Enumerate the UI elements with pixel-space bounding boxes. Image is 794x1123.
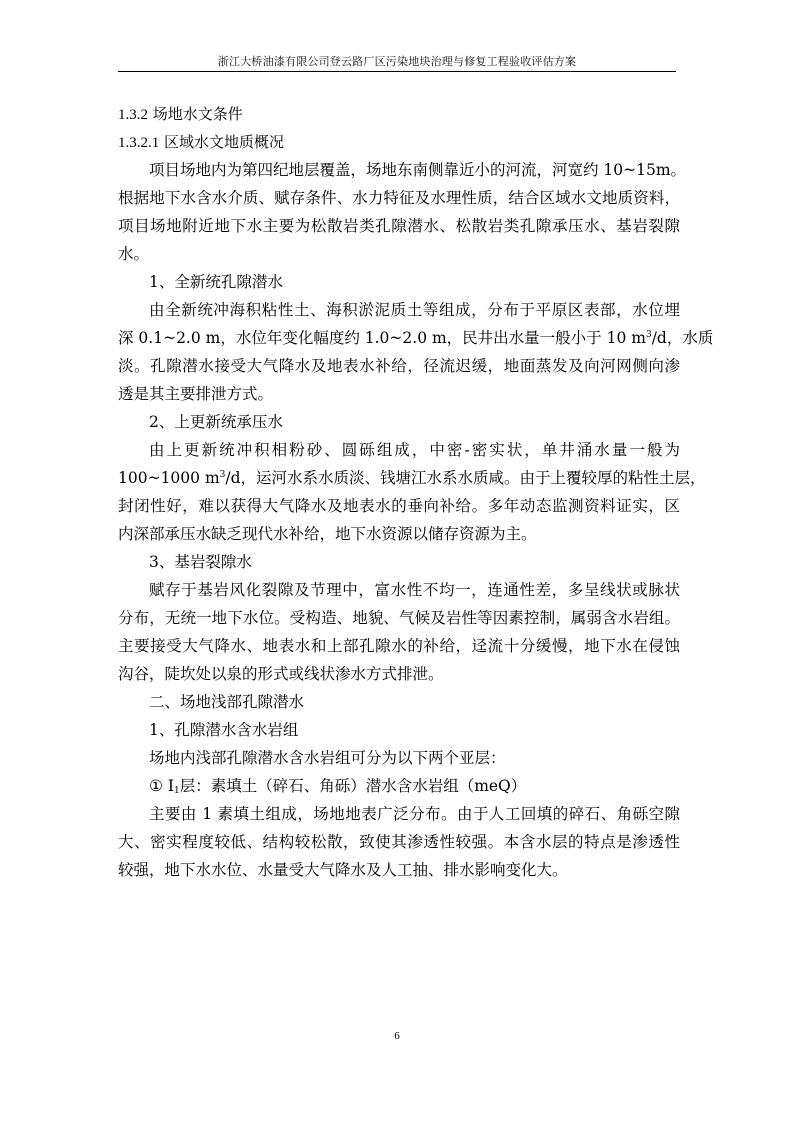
paragraph-line: 内深部承压水缺乏现代水补给，地下水资源以储存资源为主。 — [118, 520, 680, 548]
paragraph-line: 透是其主要排泄方式。 — [118, 380, 680, 408]
text-span: 100~1000 m — [118, 469, 220, 487]
paragraph-line: 水。 — [118, 240, 680, 268]
paragraph-line: 大、密实程度较低、结构较松散，致使其渗透性较强。本含水层的特点是渗透性 — [118, 828, 680, 856]
text-span: ① I — [149, 777, 174, 795]
paragraph-line: 由上更新统冲积相粉砂、圆砾组成，中密-密实状，单井涌水量一般为 — [118, 436, 680, 464]
paragraph-line: 深 0.1~2.0 m，水位年变化幅度约 1.0~2.0 m，民井出水量一般小于… — [118, 324, 680, 352]
paragraph-line: 赋存于基岩风化裂隙及节理中，富水性不均一，连通性差，多呈线状或脉状 — [118, 576, 680, 604]
paragraph-line: 根据地下水含水介质、赋存条件、水力特征及水理性质，结合区域水文地质资料， — [118, 184, 680, 212]
section-title: 场地水文条件 — [153, 105, 243, 123]
part-title: 二、场地浅部孔隙潜水 — [118, 688, 680, 716]
paragraph-line: 分布，无统一地下水位。受构造、地貌、气候及岩性等因素控制，属弱含水岩组。 — [118, 604, 680, 632]
subsection-title: 1、全新统孔隙潜水 — [118, 268, 680, 296]
layer-title: ① I1层：素填土（碎石、角砾）潜水含水岩组（meQ） — [118, 772, 680, 800]
paragraph-line: 封闭性好，难以获得大气降水及地表水的垂向补给。多年动态监测资料证实，区 — [118, 492, 680, 520]
text-span: 深 0.1~2.0 m，水位年变化幅度约 1.0~2.0 m，民井出水量一般小于… — [118, 329, 646, 347]
paragraph-line: 项目场地附近地下水主要为松散岩类孔隙潜水、松散岩类孔隙承压水、基岩裂隙 — [118, 212, 680, 240]
paragraph-line: 场地内浅部孔隙潜水含水岩组可分为以下两个亚层： — [118, 744, 680, 772]
section-title: 区域水文地质概况 — [164, 133, 284, 151]
text-span: 层：素填土（碎石、角砾）潜水含水岩组（meQ） — [180, 777, 527, 795]
section-number: 1.3.2 — [118, 107, 148, 123]
section-heading-1-3-2: 1.3.2 场地水文条件 — [118, 100, 680, 128]
paragraph-line: 较强，地下水水位、水量受大气降水及人工抽、排水影响变化大。 — [118, 856, 680, 884]
paragraph-line: 100~1000 m3/d，运河水系水质淡、钱塘江水系水质咸。由于上覆较厚的粘性… — [118, 464, 680, 492]
paragraph-line: 由全新统冲海积粘性土、海积淤泥质土等组成，分布于平原区表部，水位埋 — [118, 296, 680, 324]
header-rule — [118, 71, 676, 72]
section-heading-1-3-2-1: 1.3.2.1 区域水文地质概况 — [118, 128, 680, 156]
text-span: /d，运河水系水质淡、钱塘江水系水质咸。由于上覆较厚的粘性土层， — [225, 469, 705, 487]
page-number: 6 — [0, 1030, 794, 1042]
paragraph-line: 项目场地内为第四纪地层覆盖，场地东南侧靠近小的河流，河宽约 10~15m。 — [118, 156, 680, 184]
subsection-title: 1、孔隙潜水含水岩组 — [118, 716, 680, 744]
section-number: 1.3.2.1 — [118, 135, 159, 151]
paragraph-line: 主要由 1 素填土组成，场地地表广泛分布。由于人工回填的碎石、角砾空隙 — [118, 800, 680, 828]
paragraph-line: 主要接受大气降水、地表水和上部孔隙水的补给，迳流十分缓慢，地下水在侵蚀 — [118, 632, 680, 660]
paragraph-line: 沟谷，陡坎处以泉的形式或线状渗水方式排泄。 — [118, 660, 680, 688]
document-body: 1.3.2 场地水文条件 1.3.2.1 区域水文地质概况 项目场地内为第四纪地… — [118, 100, 680, 884]
subsection-title: 2、上更新统承压水 — [118, 408, 680, 436]
text-span: /d，水质 — [652, 329, 714, 347]
subsection-title: 3、基岩裂隙水 — [118, 548, 680, 576]
paragraph-line: 淡。孔隙潜水接受大气降水及地表水补给，径流迟缓，地面蒸发及向河网侧向渗 — [118, 352, 680, 380]
page-header: 浙江大桥油漆有限公司登云路厂区污染地块治理与修复工程验收评估方案 — [118, 55, 676, 69]
